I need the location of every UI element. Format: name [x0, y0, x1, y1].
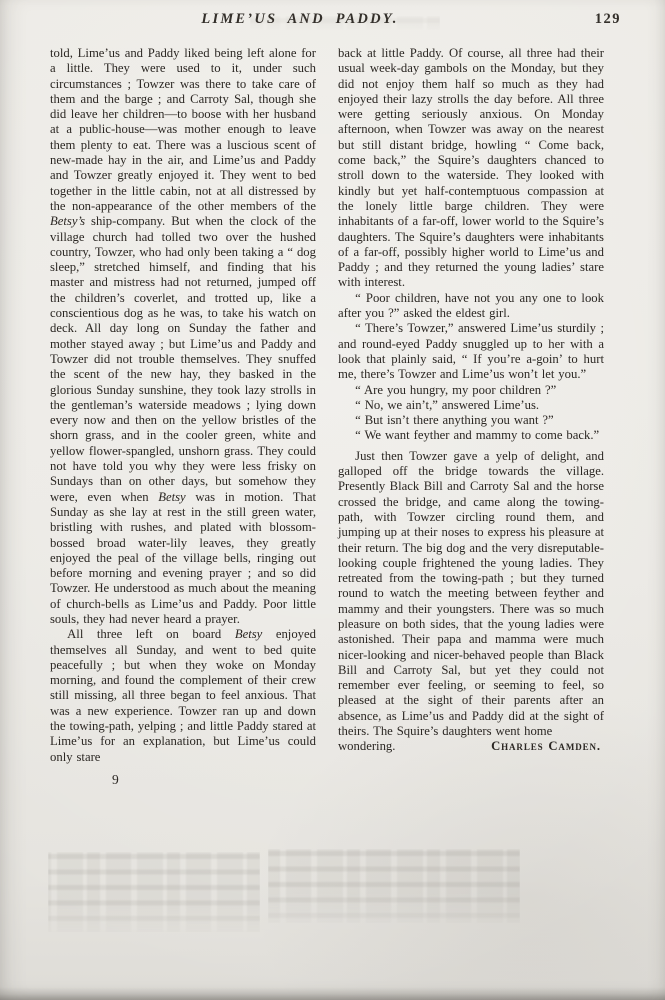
- closing-line: wondering. Charles Camden.: [338, 739, 604, 754]
- paragraph: told, Lime’us and Paddy liked being left…: [50, 46, 316, 627]
- paragraph: All three left on board Betsy enjoyed th…: [50, 627, 316, 765]
- page-bottom-edge: [0, 987, 665, 1000]
- running-header: LIME’US AND PADDY. 129: [0, 0, 665, 44]
- paragraph: “ We want feyther and mammy to come back…: [338, 428, 604, 443]
- paragraph: “ But isn’t there anything you want ?”: [338, 413, 604, 428]
- paragraph: “ Poor children, have not you any one to…: [338, 291, 604, 322]
- text-columns: told, Lime’us and Paddy liked being left…: [0, 44, 665, 787]
- show-through-text-ghost: [48, 852, 260, 932]
- paragraph: “ There’s Towzer,” answered Lime’us stur…: [338, 321, 604, 382]
- left-column: told, Lime’us and Paddy liked being left…: [50, 46, 316, 787]
- closing-word: wondering.: [338, 739, 395, 754]
- book-page: LIME’US AND PADDY. 129 told, Lime’us and…: [0, 0, 665, 1000]
- author-signature: Charles Camden.: [491, 739, 604, 754]
- page-title: LIME’US AND PADDY.: [0, 11, 600, 28]
- paragraph: “ Are you hungry, my poor children ?”: [338, 383, 604, 398]
- show-through-text-ghost: [268, 849, 520, 923]
- paragraph: Just then Towzer gave a yelp of delight,…: [338, 449, 604, 740]
- paragraph: “ No, we ain’t,” answered Lime’us.: [338, 398, 604, 413]
- paragraph: back at little Paddy. Of course, all thr…: [338, 46, 604, 291]
- right-column: back at little Paddy. Of course, all thr…: [338, 46, 604, 787]
- page-number: 129: [595, 11, 621, 28]
- signature-mark: 9: [50, 772, 316, 787]
